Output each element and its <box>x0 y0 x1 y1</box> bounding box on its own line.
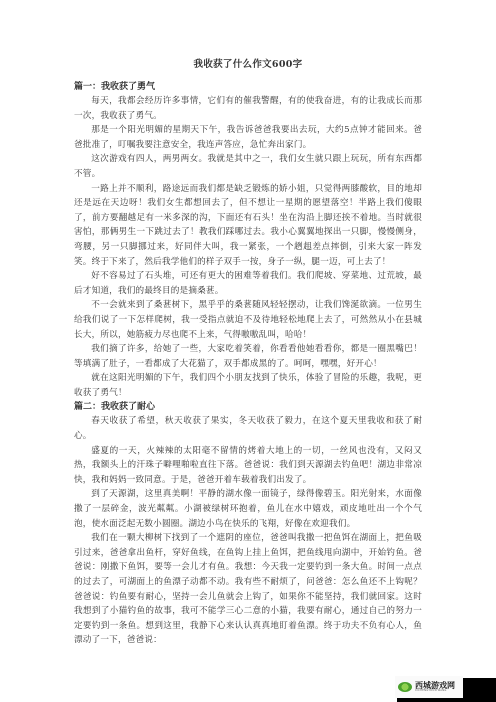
watermark-subtext: XICHENGYOUXIWANG <box>415 690 455 693</box>
section-patience: 篇二：我收获了耐心 春天收获了希望，秋天收获了果实，冬天收获了毅力，在这个夏天里… <box>74 400 422 648</box>
document-page: 我收获了什么作文600字 篇一：我收获了勇气 每天，我都会经历许多事情，它们有的… <box>74 58 422 648</box>
watermark-badge: 西城游戏网 XICHENGYOUXIWANG <box>395 676 463 698</box>
paragraph: 我们摘了许多，给她了一些，大家吃着笑着，你看看他她看看你，都是一圈黑嘴巴！等填满… <box>74 342 422 371</box>
section-heading: 篇一：我收获了勇气 <box>74 80 422 94</box>
paragraph: 不一会就来到了桑葚树下，黑乎乎的桑葚随风轻轻摆动，让我们馋涎欲滴。一位男生给我们… <box>74 298 422 342</box>
paragraph: 一路上并不顺利，路途远而我们都是缺乏锻炼的娇小姐，只觉得两膝酸软，目的地却还是远… <box>74 182 422 270</box>
paragraph: 这次游戏有四人，两男两女。我就是其中之一，我们女生就只跟上玩玩，所有东西都不管。 <box>74 152 422 181</box>
paragraph: 我们在一颗大柳树下找到了一个遮阴的座位，爸爸叫我撒一把鱼饵在湖面上，把鱼吸引过来… <box>74 531 422 648</box>
paragraph: 盛夏的一天，火辣辣的太阳毫不留情的烤着大地上的一切，一丝风也没有，又闷又热，我额… <box>74 444 422 488</box>
section-courage: 篇一：我收获了勇气 每天，我都会经历许多事情，它们有的催我警醒，有的使我奋进，有… <box>74 80 422 400</box>
document-title: 我收获了什么作文600字 <box>74 58 422 72</box>
paragraph: 好不容易过了石头堆，可还有更大的困难等着我们。我们爬坡、穿菜地、过荒坡，最后才知… <box>74 269 422 298</box>
paragraph: 那是一个阳光明媚的星期天下午，我告诉爸爸我要出去玩，大约5点钟才能回来。爸爸批准… <box>74 123 422 152</box>
site-logo-icon <box>398 682 412 692</box>
paragraph: 每天，我都会经历许多事情，它们有的催我警醒，有的使我奋进，有的让我成长而那一次，… <box>74 94 422 123</box>
paragraph: 就在这阳光明媚的下午，我们四个小朋友找到了快乐，体验了冒险的乐趣，我呢，更收获了… <box>74 371 422 400</box>
paragraph: 春天收获了希望，秋天收获了果实，冬天收获了毅力，在这个夏天里我收和获了耐心。 <box>74 414 422 443</box>
paragraph: 到了天源湖，这里真美啊！平静的湖水像一面镜子，绿得像碧玉。阳光射来，水面像撒了一… <box>74 487 422 531</box>
watermark-text-group: 西城游戏网 XICHENGYOUXIWANG <box>415 682 455 693</box>
section-heading: 篇二：我收获了耐心 <box>74 400 422 414</box>
